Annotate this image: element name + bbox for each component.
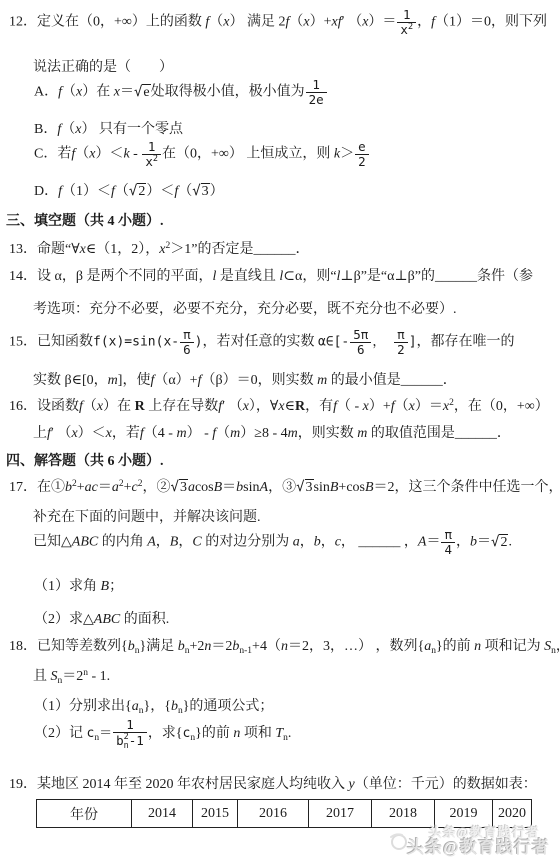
math-text: ，求{ <box>148 726 183 741</box>
math-text: ） 只有一个零点 <box>81 122 183 137</box>
math-variable: b <box>171 699 178 714</box>
math-text: ）+ <box>369 399 391 414</box>
sqrt-radical: √3 <box>171 480 188 495</box>
math-variable: C <box>192 535 201 550</box>
math-text: 1 <box>126 717 134 732</box>
math-text: ＝2 <box>211 639 232 654</box>
math-mono: ＝ <box>99 726 112 741</box>
question-17-line-2: 补充在下面的问题中，并解决该问题. <box>33 507 261 528</box>
math-text: ＝2 <box>62 669 83 684</box>
math-variable: b <box>128 639 135 654</box>
math-text: （1）求角 <box>34 579 101 594</box>
sqrt-radical: √e <box>134 85 151 100</box>
math-variable: m <box>357 426 367 441</box>
question-12-option-d: D．f（1）＜f（√2）＜f（√3） <box>34 181 224 202</box>
math-text: 1 <box>403 7 411 22</box>
question-14-line-1: 14．设 α，β 是两个不同的平面，l 是直线且 l⊂α，则“l⊥β”是“α⊥β… <box>9 266 533 287</box>
math-text: ， <box>178 535 192 550</box>
math-variable: A <box>260 480 269 495</box>
math-text: +4（ <box>252 639 281 654</box>
math-text: 12．定义在（0，+∞）上的函数 <box>9 15 205 30</box>
math-text: 四、解答题（共 6 小题）. <box>6 454 164 469</box>
math-text: 1 <box>148 139 156 154</box>
math-text: 4 <box>444 542 452 557</box>
math-text: }的前 <box>436 639 474 654</box>
math-text: }，{ <box>143 699 170 714</box>
math-text: 是直线且 <box>216 269 279 284</box>
question-12-option-a: A．f（x）在 x＝√e处取得极小值，极小值为12e <box>34 78 328 107</box>
math-variable: ABC <box>94 612 120 627</box>
math-text: （ <box>61 122 75 137</box>
math-text: 15．已知函数 <box>9 335 93 350</box>
math-text: ，若对任意的实数 <box>202 335 318 350</box>
question-12-option-b: B．f（x） 只有一个零点 <box>34 119 183 140</box>
sqrt-radical: √3 <box>296 480 313 495</box>
math-text: ＝2，3，…） ，数列{ <box>288 639 424 654</box>
math-subscript: n-1 <box>239 646 252 656</box>
math-text: 的内角 <box>98 535 147 550</box>
math-variable: m <box>176 426 186 441</box>
math-text: - <box>130 147 142 162</box>
math-mono: ， <box>372 335 393 350</box>
math-variable: A <box>147 535 156 550</box>
math-variable: B <box>214 480 223 495</box>
math-text: ＝ <box>222 480 236 495</box>
math-text: （ <box>216 426 230 441</box>
math-text: ）＝ <box>415 399 443 414</box>
section-3-heading: 三、填空题（共 4 小题）. <box>6 211 164 232</box>
math-text: 补充在下面的问题中，并解决该问题. <box>33 510 261 525</box>
math-variable: a <box>188 480 195 495</box>
question-17-line-1: 17．在①b2+ac＝a2+c2，②√3acosB＝bsinA，③√3sinB+… <box>9 477 560 498</box>
math-text: }的通项公式； <box>183 699 274 714</box>
math-variable: ABC <box>72 535 98 550</box>
math-text: ）+ <box>310 15 332 30</box>
math-text: π <box>397 327 405 342</box>
math-variable: b <box>65 480 72 495</box>
question-12-line-1: 12．定义在（0，+∞）上的函数 f（x） 满足 2f（x）+xf′ （x）＝1… <box>9 8 547 37</box>
math-text: ， <box>417 15 431 30</box>
question-12-option-c: C．若f（x）＜k - 1x2在（0，+∞） 上恒成立，则 k＞e2 <box>34 140 370 169</box>
math-text: x <box>145 154 153 169</box>
math-text: ），∀ <box>249 399 278 414</box>
math-mono: α∈[- <box>318 335 349 350</box>
math-text: + <box>124 480 132 495</box>
math-text: ＝ <box>477 535 491 550</box>
math-text: ， <box>456 535 470 550</box>
section-4-heading: 四、解答题（共 6 小题）. <box>6 451 164 472</box>
math-text: 1 <box>312 77 320 92</box>
math-text: ，则实数 <box>298 426 358 441</box>
question-17-part-1: （1）求角 B； <box>34 576 123 597</box>
math-fraction: 1x2 <box>142 140 161 169</box>
math-text: ⊂α，则“ <box>283 269 336 284</box>
math-text: ′ （ <box>222 399 243 414</box>
math-variable: a <box>132 699 139 714</box>
math-text: ＝ <box>98 480 112 495</box>
math-text: ） <box>210 184 224 199</box>
math-text: ，都存在唯一的 <box>417 335 515 350</box>
math-text: x <box>400 22 408 37</box>
exam-page: 12．定义在（0，+∞）上的函数 f（x） 满足 2f（x）+xf′ （x）＝1… <box>0 0 560 860</box>
math-text: 13．命题“∀ <box>9 242 80 257</box>
math-text: 项和 <box>240 726 275 741</box>
math-text: （ <box>209 15 223 30</box>
math-mono: f(x)=sin(x- <box>93 335 179 350</box>
math-fraction: π6 <box>180 328 194 357</box>
math-text: ）在 <box>82 85 114 100</box>
math-text: ）＜ <box>146 184 174 199</box>
math-text: ，③ <box>268 480 296 495</box>
math-text: 的最小值是______． <box>327 373 457 388</box>
math-fraction: e2 <box>355 140 369 169</box>
math-variable: m <box>108 373 118 388</box>
math-variable: b <box>314 535 321 550</box>
math-variable: T <box>275 726 283 741</box>
math-text: （1）＝0，则下列 <box>435 15 547 30</box>
math-variable: B <box>101 579 110 594</box>
math-text: 考选项：充分不必要，必要不充分，充分必要，既不充分也不必要）. <box>33 302 457 317</box>
math-text: sin <box>314 480 330 495</box>
math-text: π <box>444 527 452 542</box>
math-text: （ <box>395 399 409 414</box>
math-text: ⊥β”是“α⊥β”的______条件（参 <box>340 269 533 284</box>
math-variable: m <box>317 373 327 388</box>
math-variable: a <box>112 480 119 495</box>
math-text: D． <box>34 184 58 199</box>
math-text: 17．在① <box>9 480 65 495</box>
math-text: ]，使 <box>118 373 151 388</box>
math-text: 18．已知等差数列{ <box>9 639 128 654</box>
math-text: 上存在导数 <box>145 399 219 414</box>
math-text: ； <box>109 579 123 594</box>
math-variable: xf <box>332 15 342 30</box>
math-text: C．若 <box>34 147 71 162</box>
math-text: 19．某地区 2014 年至 2020 年农村居民家庭人均纯收入 <box>9 777 349 792</box>
question-12-line-2: 说法正确的是（ ） <box>33 57 173 78</box>
math-text: ） - <box>187 426 213 441</box>
math-text: ，② <box>143 480 171 495</box>
math-text: ）＝ <box>368 15 396 30</box>
question-18-line-1: 18．已知等差数列{bn}满足 bn+2n＝2bn-1+4（n＝2，3，…） ，… <box>9 636 560 657</box>
math-text: 的面积. <box>120 612 169 627</box>
math-text: }的前 <box>195 726 233 741</box>
math-text: ′ （ <box>342 15 363 30</box>
math-text: ∈（1，2）， <box>86 242 159 257</box>
math-bold: R <box>135 399 145 414</box>
math-text: 6 <box>183 342 191 357</box>
math-text: （单位：千元）的数据如表： <box>355 777 537 792</box>
math-text: sin <box>243 480 259 495</box>
math-text: ）＜ <box>95 147 123 162</box>
math-text: B． <box>34 122 57 137</box>
math-text: 且 <box>33 669 51 684</box>
math-text: 上 <box>33 426 47 441</box>
question-18-line-2: 且 Sn＝2n - 1. <box>33 666 110 687</box>
math-superscript: 2 <box>408 22 413 32</box>
math-text: （ <box>62 85 76 100</box>
math-text: ， <box>156 535 170 550</box>
math-text: ， ______ ， <box>341 535 418 550</box>
math-text: 实数 β∈[0， <box>33 373 108 388</box>
math-text: ＞ <box>340 147 354 162</box>
math-text: 14．设 α，β 是两个不同的平面， <box>9 269 212 284</box>
math-text: }满足 <box>139 639 177 654</box>
math-text: ， <box>556 639 560 654</box>
table-cell-2015: 2015 <box>193 800 238 828</box>
math-text: ）＜ <box>78 426 106 441</box>
math-text: （β）＝0，则实数 <box>201 373 317 388</box>
math-text: ）≥8 - 4 <box>240 426 287 441</box>
math-text: ＞1”的否定是______． <box>170 242 309 257</box>
math-text: 的取值范围是______． <box>367 426 511 441</box>
math-text: 处取得极小值，极小值为 <box>151 85 305 100</box>
math-text: （ <box>115 184 129 199</box>
math-text: +2 <box>189 639 204 654</box>
math-text: （ <box>289 15 303 30</box>
math-fraction: 5π6 <box>350 328 371 357</box>
math-variable: m <box>288 426 298 441</box>
math-variable: b <box>470 535 477 550</box>
question-13-line-1: 13．命题“∀x∈（1，2），x2＞1”的否定是______． <box>9 239 309 260</box>
math-text: ，在（0，+∞） <box>454 399 549 414</box>
math-variable: B <box>365 480 374 495</box>
math-text: （ <box>75 147 89 162</box>
math-fraction: π2 <box>394 328 408 357</box>
math-text: ∈ <box>285 399 295 414</box>
math-text: 16．设函数 <box>9 399 79 414</box>
math-variable: ac <box>85 480 98 495</box>
question-15-line-1: 15．已知函数f(x)=sin(x-π6)，若对任意的实数 α∈[-5π6， π… <box>9 328 515 357</box>
math-mono: ] <box>409 335 417 350</box>
math-text: - 1. <box>88 669 110 684</box>
sqrt-radical: √2 <box>491 535 508 550</box>
math-variable: a <box>293 535 300 550</box>
math-text: 2 <box>358 154 366 169</box>
math-fraction: π4 <box>441 528 455 557</box>
math-text: （2）求△ <box>34 612 94 627</box>
math-text: 2e <box>309 92 324 107</box>
math-text: 说法正确的是（ ） <box>33 60 173 75</box>
math-text: 已知△ <box>33 535 72 550</box>
question-14-line-2: 考选项：充分不必要，必要不充分，充分必要，既不充分也不必要）. <box>33 299 457 320</box>
question-16-line-1: 16．设函数f（x）在 R 上存在导数f′ （x），∀x∈R，有f（ - x）+… <box>9 396 549 417</box>
math-text: . <box>288 726 292 741</box>
math-text: ＝2，这三个条件中任选一个， <box>374 480 560 495</box>
math-variable: m <box>230 426 240 441</box>
question-18-part-2: （2）记 cn＝1b2n-1，求{cn}的前 n 项和 Tn. <box>34 718 291 750</box>
math-text: cos <box>195 480 214 495</box>
math-text: 在（0，+∞） 上恒成立，则 <box>162 147 334 162</box>
math-text: ） 满足 2 <box>230 15 286 30</box>
math-text: （4 - <box>144 426 177 441</box>
math-text: （1）分别求出{ <box>34 699 132 714</box>
math-text: （1）＜ <box>62 184 111 199</box>
question-15-line-2: 实数 β∈[0，m]，使f（α）+f（β）＝0，则实数 m 的最小值是_____… <box>33 370 457 391</box>
sqrt-radical: √3 <box>192 184 209 199</box>
math-variable: S <box>51 669 58 684</box>
math-fraction: 1x2 <box>397 8 416 37</box>
question-16-line-2: 上f′ （x）＜x，若f（4 - m） - f（m）≥8 - 4m，则实数 m … <box>33 423 511 444</box>
math-text: ＝ <box>426 535 440 550</box>
math-text: +cos <box>338 480 365 495</box>
math-text: 6 <box>357 342 365 357</box>
watermark: 头条@教育践行者 <box>250 833 550 858</box>
math-text: b <box>116 733 124 748</box>
math-text: ＝ <box>120 85 134 100</box>
math-text: ，若 <box>112 426 140 441</box>
math-text: e <box>358 139 366 154</box>
question-18-part-1: （1）分别求出{an}，{bn}的通项公式； <box>34 696 273 717</box>
math-text: （ - <box>337 399 363 414</box>
question-17-line-3: 已知△ABC 的内角 A，B，C 的对边分别为 a，b，c， ______ ，A… <box>33 528 512 557</box>
table-cell-year-label: 年份 <box>37 800 132 828</box>
math-text: （ <box>83 399 97 414</box>
math-superscript: 2 <box>153 154 158 164</box>
math-text: ′ （ <box>51 426 72 441</box>
question-19-line-1: 19．某地区 2014 年至 2020 年农村居民家庭人均纯收入 y（单位：千元… <box>9 774 537 795</box>
math-text: ，有 <box>305 399 333 414</box>
math-text: + <box>77 480 85 495</box>
math-text: . <box>508 535 512 550</box>
math-text: ， <box>321 535 335 550</box>
math-text: （2）记 <box>34 726 87 741</box>
math-variable: n <box>281 639 288 654</box>
math-text: 的对边分别为 <box>202 535 293 550</box>
table-cell-2014: 2014 <box>132 800 193 828</box>
math-text: （α）+ <box>154 373 197 388</box>
sqrt-radical: √2 <box>129 184 146 199</box>
math-text: 三、填空题（共 4 小题）. <box>6 214 164 229</box>
math-text: 2 <box>397 342 405 357</box>
math-text: A． <box>34 85 58 100</box>
math-text: 5π <box>353 327 368 342</box>
question-17-part-2: （2）求△ABC 的面积. <box>34 609 169 630</box>
math-text: ， <box>300 535 314 550</box>
math-bold: R <box>295 399 305 414</box>
math-text: -1 <box>129 733 144 748</box>
math-text: （ <box>178 184 192 199</box>
math-fraction: 12e <box>306 78 327 107</box>
math-fraction: 1b2n-1 <box>113 718 147 750</box>
math-text: 项和记为 <box>481 639 544 654</box>
math-text: ）在 <box>103 399 135 414</box>
math-variable: b <box>178 639 185 654</box>
math-text: π <box>183 327 191 342</box>
